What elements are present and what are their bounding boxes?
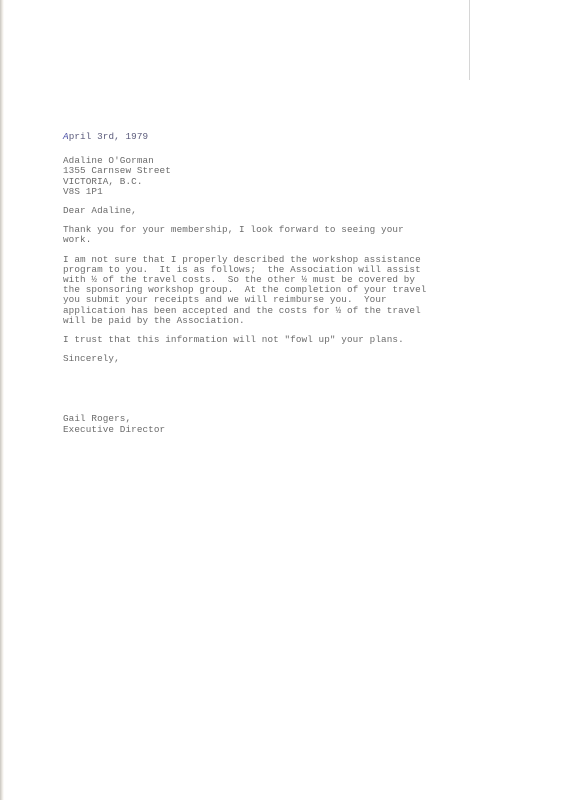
salutation: Dear Adaline, xyxy=(63,206,483,216)
letter-date: April 3rd, 1979 xyxy=(63,132,483,142)
page-right-edge xyxy=(469,0,470,80)
signer-title: Executive Director xyxy=(63,425,483,435)
closing: Sincerely, xyxy=(63,354,483,364)
recipient-city: VICTORIA, B.C. xyxy=(63,177,483,187)
page-left-edge xyxy=(0,0,4,800)
paragraph-3: I trust that this information will not "… xyxy=(63,335,483,345)
recipient-postal: V8S 1P1 xyxy=(63,187,483,197)
typed-letter: April 3rd, 1979 Adaline O'Gorman 1355 Ca… xyxy=(63,132,483,435)
paragraph-1: Thank you for your membership, I look fo… xyxy=(63,225,483,245)
signature-block: Gail Rogers, Executive Director xyxy=(63,414,483,434)
recipient-address: Adaline O'Gorman 1355 Carnsew Street VIC… xyxy=(63,156,483,197)
paragraph-2: I am not sure that I properly described … xyxy=(63,255,483,326)
